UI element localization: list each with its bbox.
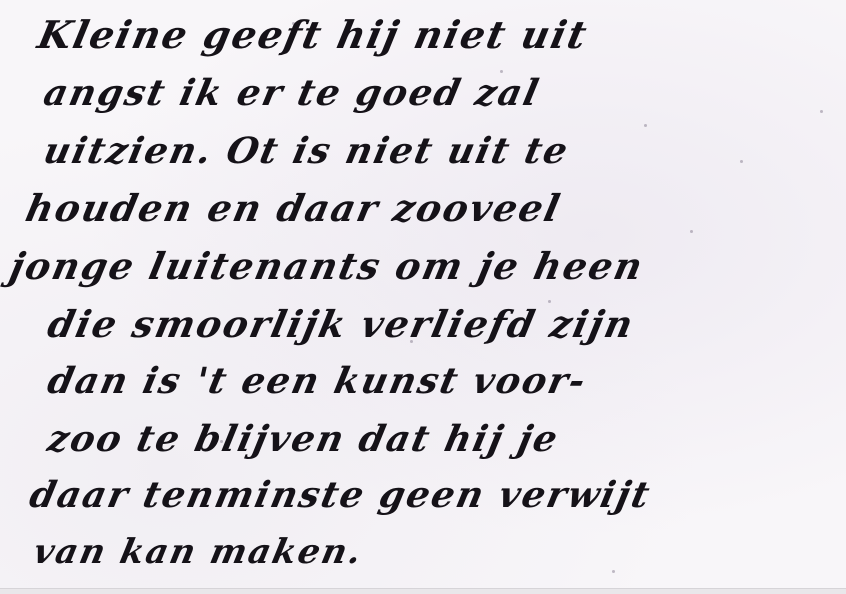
- scan-bottom-edge: [0, 588, 846, 594]
- handwritten-line-2: angst ik er te goed zal: [40, 72, 544, 114]
- handwritten-line-6: die smoorlijk verliefd zijn: [44, 302, 639, 346]
- handwritten-line-10: van kan maken.: [30, 532, 367, 572]
- handwritten-line-8: zoo te blijven dat hij je: [44, 418, 563, 460]
- paper-speck: [690, 230, 693, 233]
- paper-speck: [612, 570, 615, 573]
- handwritten-line-7: dan is 't een kunst voor-: [44, 360, 591, 402]
- paper-speck: [820, 110, 823, 113]
- letter-paper: Kleine geeft hij niet uit angst ik er te…: [0, 0, 846, 588]
- handwritten-line-3: uitzien. Ot is niet uit te: [40, 130, 573, 172]
- paper-speck: [644, 124, 647, 127]
- handwritten-line-4: houden en daar zooveel: [22, 186, 566, 230]
- handwritten-line-5: jonge luitenants om je heen: [6, 244, 648, 288]
- paper-speck: [740, 160, 743, 163]
- handwritten-line-1: Kleine geeft hij niet uit: [34, 12, 592, 57]
- handwritten-line-9: daar tenminste geen verwijt: [26, 474, 655, 516]
